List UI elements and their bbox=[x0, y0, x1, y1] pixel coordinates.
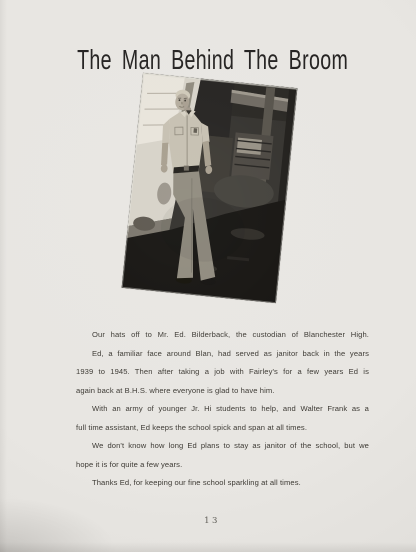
body-line: 1939 to 1945. Then after taking a job wi… bbox=[76, 363, 369, 382]
custodian-photo bbox=[122, 73, 298, 303]
body-text: Our hats off to Mr. Ed. Bilderback, the … bbox=[76, 326, 369, 493]
body-line: Thanks Ed, for keeping our fine school s… bbox=[76, 474, 369, 493]
body-line: We don't know how long Ed plans to stay … bbox=[76, 437, 369, 456]
body-line: again back at B.H.S. where everyone is g… bbox=[76, 382, 369, 401]
body-line: Ed, a familiar face around Blan, had ser… bbox=[76, 345, 369, 364]
yearbook-page: The Man Behind The Broom bbox=[0, 0, 416, 552]
body-line: full time assistant, Ed keeps the school… bbox=[76, 419, 369, 438]
photo-scene bbox=[122, 73, 298, 303]
body-line: With an army of younger Jr. Hi students … bbox=[76, 400, 369, 419]
body-line: hope it is for quite a few years. bbox=[76, 456, 369, 475]
page-number: 13 bbox=[0, 516, 416, 526]
body-line: Our hats off to Mr. Ed. Bilderback, the … bbox=[76, 326, 369, 345]
page-title: The Man Behind The Broom bbox=[77, 44, 348, 76]
page-title-wrap: The Man Behind The Broom bbox=[0, 44, 416, 76]
